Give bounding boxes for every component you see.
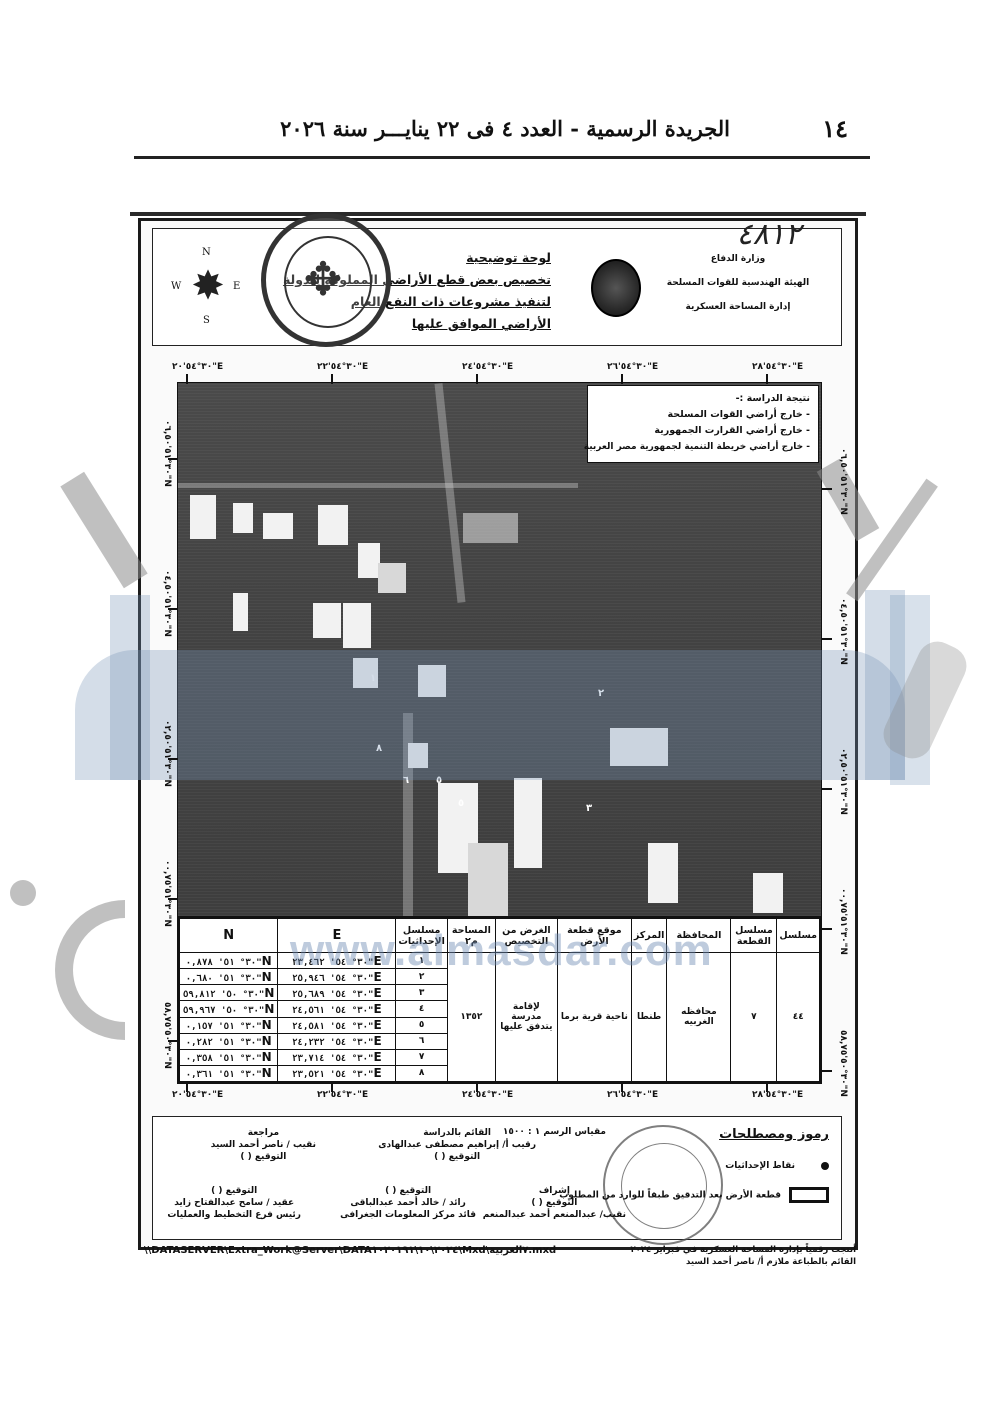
- note-line: القائم بالطباعة ملازم أ/ ناصر أحمد السيد: [630, 1256, 856, 1268]
- study-result-item: - خارج أراضي خريطة التنمية لجمهورية مصر …: [596, 439, 810, 455]
- legend-points: نقاط الإحداثيات: [725, 1161, 829, 1171]
- compass-west: W: [171, 281, 181, 292]
- x-axis-tick: [621, 1082, 623, 1092]
- cell-coord-id: ٣: [396, 985, 447, 1001]
- watermark-logo: [55, 900, 125, 1040]
- building: [233, 503, 253, 533]
- sig-line: التوقيع ( ): [378, 1151, 536, 1163]
- sig-line: عقيد / سامح عبدالفتاح زايد: [167, 1197, 301, 1209]
- x-axis-label: ٣٠°٥٤'٢٠"E: [172, 362, 224, 372]
- sig-line: التوقيع ( ): [167, 1185, 301, 1197]
- signature-supervision: إشراف التوقيع ( ) نقيب/ عبدالمنعم أحمد ع…: [483, 1185, 626, 1221]
- compass-rose-icon: N W E S ✸: [171, 247, 241, 327]
- sig-line: إشراف: [483, 1185, 626, 1197]
- point-symbol-icon: [821, 1162, 829, 1170]
- watermark-logo: [60, 472, 147, 589]
- vegetation: [463, 513, 518, 543]
- watermark-url: www.almasdar.com: [290, 926, 713, 976]
- gazette-title: الجريدة الرسمية - العدد ٤ فى ٢٢ ينايـــر…: [280, 116, 730, 141]
- x-axis-label: ٣٠°٥٤'٢٤"E: [462, 1090, 514, 1100]
- sig-line: رائد / خالد أحمد عبدالباقى: [340, 1197, 476, 1209]
- building: [753, 873, 783, 913]
- cell-northing: ٣٠° ٥١' ٠,١٥٧"N: [180, 1017, 278, 1033]
- y-axis-label: ٣٠°٥١'٠٤,٥٠"N: [838, 598, 848, 666]
- org-ministry: وزارة الدفاع: [663, 247, 813, 271]
- sig-line: التوقيع ( ): [340, 1185, 476, 1197]
- compass-star-icon: ✸: [185, 263, 231, 309]
- cell-easting: ٣٠° ٥٤' ٢٣,٥٢١"E: [278, 1065, 396, 1081]
- legend-points-label: نقاط الإحداثيات: [725, 1161, 795, 1171]
- watermark-logo: [110, 595, 150, 780]
- y-axis-tick: [822, 488, 832, 490]
- signature-review: مراجعة نقيب / ناصر أحمد السيد التوقيع ( …: [211, 1127, 316, 1163]
- signature-gis-head: التوقيع ( ) رائد / خالد أحمد عبدالباقى ق…: [340, 1185, 476, 1221]
- y-axis-label: ٣٠°٥٠'٥٨,٧٥"N: [838, 1030, 848, 1098]
- building: [358, 543, 380, 578]
- x-axis-label: ٣٠°٥٤'٢٦"E: [607, 362, 659, 372]
- x-axis-label: ٣٠°٥٤'٢٨"E: [752, 362, 804, 372]
- cell-northing: ٣٠° ٥١' ٠,٨٧٨"N: [180, 953, 278, 969]
- building: [190, 495, 216, 539]
- sig-line: نقيب / ناصر أحمد السيد: [211, 1139, 316, 1151]
- cell-northing: ٣٠° ٥١' ٠,٢٨٢"N: [180, 1033, 278, 1049]
- building: [648, 843, 678, 903]
- cell-easting: ٣٠° ٥٤' ٢٤,٢٣٢"E: [278, 1033, 396, 1049]
- study-result-box: نتيجة الدراسة :- - خارج أراضي القوات الم…: [587, 385, 819, 463]
- production-note: أنتجت رقمياً بإدارة المساحة العسكرية في …: [630, 1244, 856, 1268]
- x-axis-label: ٣٠°٥٤'٢٤"E: [462, 362, 514, 372]
- cell-northing: ٣٠° ٥٠' ٥٩,٩٦٧"N: [180, 1001, 278, 1017]
- cell-coord-id: ٧: [396, 1049, 447, 1065]
- y-axis-label: ٣٠°٥١'٠٢,٥٠"N: [162, 720, 172, 788]
- cell-northing: ٣٠° ٥١' ٠,٦٨٠"N: [180, 969, 278, 985]
- y-axis-label: ٣٠°٥١'٠٦,٥٠"N: [162, 420, 172, 488]
- survey-seal-icon: [591, 259, 641, 317]
- sig-line: رقيب أ/ إبراهيم مصطفى عبدالهادى: [378, 1139, 536, 1151]
- y-axis-tick: [168, 458, 178, 460]
- cell-serial: ٤٤: [777, 953, 820, 1082]
- sig-line: التوقيع ( ): [211, 1151, 316, 1163]
- building: [263, 513, 293, 539]
- building: [378, 563, 406, 593]
- compass-south: S: [203, 315, 210, 326]
- cell-easting: ٣٠° ٥٤' ٢٤,٥٦١"E: [278, 1001, 396, 1017]
- y-axis-tick: [822, 928, 832, 930]
- building: [514, 778, 542, 868]
- x-axis-label: ٣٠°٥٤'٢٨"E: [752, 1090, 804, 1100]
- note-line: أنتجت رقمياً بإدارة المساحة العسكرية في …: [630, 1244, 856, 1256]
- building: [468, 843, 508, 917]
- x-axis-tick: [766, 1082, 768, 1092]
- study-result-heading: نتيجة الدراسة :-: [596, 391, 810, 407]
- sig-line: نقيب/ عبدالمنعم أحمد عبدالمنعم: [483, 1209, 626, 1221]
- y-axis-tick: [168, 1040, 178, 1042]
- building: [313, 603, 341, 638]
- x-axis-label: ٣٠°٥٤'٢٦"E: [607, 1090, 659, 1100]
- plot-symbol-icon: [789, 1187, 829, 1203]
- y-axis-label: ٣٠°٥٠'٥٨,٧٥"N: [162, 1002, 172, 1070]
- cell-northing: ٣٠° ٥١' ٠,٣٦١"N: [180, 1065, 278, 1081]
- y-axis-label: ٣٠°٥١'٠٦,٥٠"N: [838, 448, 848, 516]
- org-authority: الهيئة الهندسية للقوات المسلحة: [663, 271, 813, 295]
- col-plot-serial: مسلسل القطعة: [731, 919, 777, 953]
- col-northing: N: [180, 919, 278, 953]
- doc-top-border: [130, 212, 866, 216]
- header-rule: [134, 156, 870, 159]
- x-axis-tick: [186, 374, 188, 384]
- title-block: ٤٨١٢ وزارة الدفاع الهيئة الهندسية للقوات…: [152, 228, 842, 346]
- cell-northing: ٣٠° ٥٠' ٥٩,٨١٢"N: [180, 985, 278, 1001]
- page-number: ١٤: [822, 114, 848, 143]
- watermark-logo: [10, 880, 36, 906]
- sig-line: القائم بالدراسة: [378, 1127, 536, 1139]
- organization-lines: وزارة الدفاع الهيئة الهندسية للقوات المس…: [663, 247, 813, 319]
- signature-ops-head: التوقيع ( ) عقيد / سامح عبدالفتاح زايد ر…: [167, 1185, 301, 1221]
- cell-easting: ٣٠° ٥٤' ٢٥,٦٨٩"E: [278, 985, 396, 1001]
- y-axis-tick: [822, 788, 832, 790]
- y-axis-label: ٣٠°٥١'٠٤,٥٠"N: [162, 570, 172, 638]
- cell-coord-id: ٨: [396, 1065, 447, 1081]
- map-point-label: ٥: [458, 798, 464, 809]
- x-axis-tick: [186, 1082, 188, 1092]
- cell-easting: ٣٠° ٥٤' ٢٣,٧١٤"E: [278, 1049, 396, 1065]
- cell-coord-id: ٦: [396, 1033, 447, 1049]
- map-point-label: ٣: [586, 803, 592, 814]
- x-axis-tick: [621, 374, 623, 384]
- gazette-header: ١٤ الجريدة الرسمية - العدد ٤ فى ٢٢ ينايـ…: [134, 112, 870, 156]
- compass-north: N: [202, 247, 211, 258]
- legend-title: رموز ومصطلحات: [719, 1127, 829, 1142]
- x-axis-label: ٣٠°٥٤'٢٢"E: [317, 1090, 369, 1100]
- sig-line: قائد مركز المعلومات الجغرافى: [340, 1209, 476, 1221]
- road: [178, 483, 578, 488]
- eagle-emblem-icon: ✥: [293, 249, 353, 309]
- road: [435, 383, 466, 603]
- sig-line: رئيس فرع التخطيط والعمليات: [167, 1209, 301, 1221]
- cell-easting: ٣٠° ٥٤' ٢٤,٥٨١"E: [278, 1017, 396, 1033]
- x-axis-tick: [766, 374, 768, 384]
- x-axis-tick: [331, 1082, 333, 1092]
- study-result-item: - خارج أراضي القرارت الجمهورية: [596, 423, 810, 439]
- cell-northing: ٣٠° ٥١' ٠,٣٥٨"N: [180, 1049, 278, 1065]
- y-axis-tick: [168, 608, 178, 610]
- watermark-logo: [75, 650, 905, 780]
- col-serial: مسلسل: [777, 919, 820, 953]
- building: [343, 603, 371, 648]
- sig-line: مراجعة: [211, 1127, 316, 1139]
- x-axis-tick: [476, 374, 478, 384]
- y-axis-tick: [168, 898, 178, 900]
- study-result-item: - خارج أراضي القوات المسلحة: [596, 407, 810, 423]
- y-axis-tick: [822, 1070, 832, 1072]
- cell-plot-serial: ٧: [731, 953, 777, 1082]
- building: [233, 593, 248, 631]
- y-axis-label: ٣٠°٥١'٠٠,٧٥"N: [162, 860, 172, 928]
- org-department: إدارة المساحة العسكرية: [663, 295, 813, 319]
- x-axis-tick: [476, 1082, 478, 1092]
- building: [318, 505, 348, 545]
- legend-signature-block: رموز ومصطلحات نقاط الإحداثيات قطعة الأرض…: [152, 1116, 842, 1240]
- x-axis-label: ٣٠°٥٤'٢٠"E: [172, 1090, 224, 1100]
- x-axis-label: ٣٠°٥٤'٢٢"E: [317, 362, 369, 372]
- y-axis-label: ٣٠°٥١'٠٠,٧٥"N: [838, 888, 848, 956]
- compass-east: E: [233, 281, 240, 292]
- cell-coord-id: ٥: [396, 1017, 447, 1033]
- y-axis-tick: [168, 758, 178, 760]
- cell-coord-id: ٤: [396, 1001, 447, 1017]
- file-path: \\DATASERVER\Extra_Work@Server\DATA٢٠٢٤\…: [144, 1245, 556, 1256]
- y-axis-tick: [822, 638, 832, 640]
- y-axis-label: ٣٠°٥١'٠٢,٥٠"N: [838, 748, 848, 816]
- signature-study: القائم بالدراسة رقيب أ/ إبراهيم مصطفى عب…: [378, 1127, 536, 1163]
- x-axis-tick: [331, 374, 333, 384]
- sig-line: التوقيع ( ): [483, 1197, 626, 1209]
